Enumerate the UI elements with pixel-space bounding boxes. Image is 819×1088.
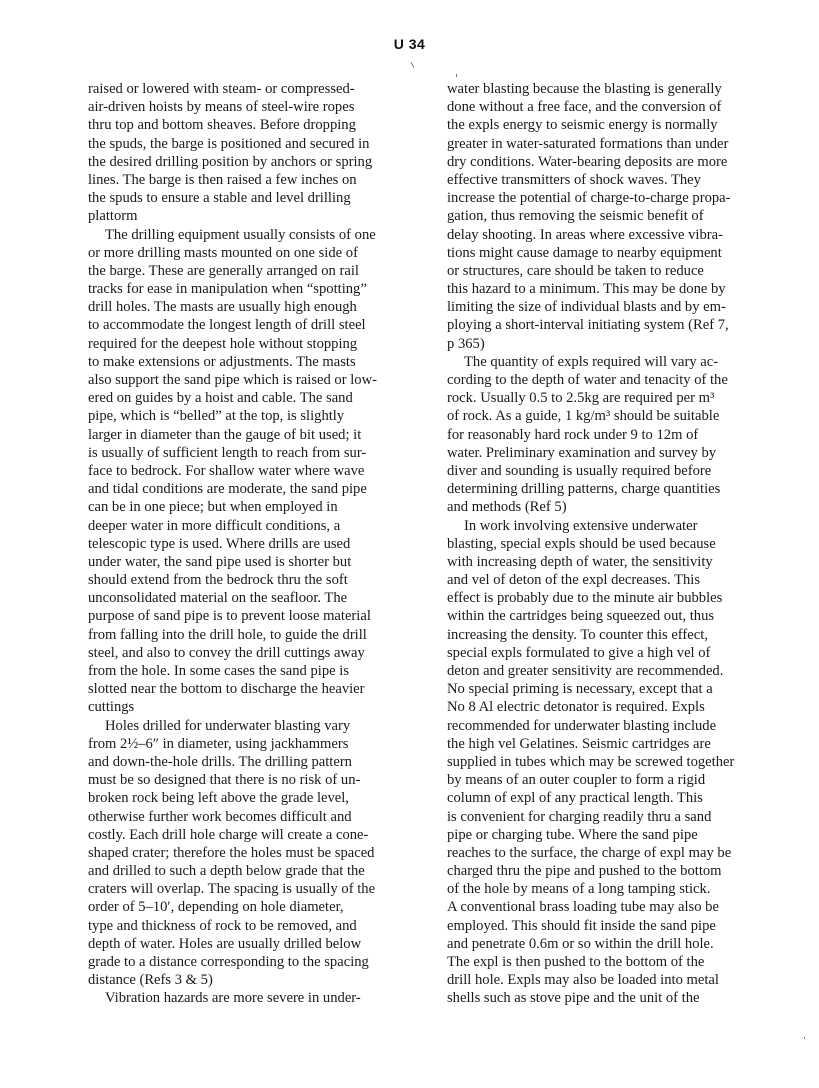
paragraph-first-line: The drilling equipment usually consists … xyxy=(88,226,398,244)
text-line: also support the sand pipe which is rais… xyxy=(88,371,398,389)
text-line: dry conditions. Water-bearing deposits a… xyxy=(447,153,769,171)
text-line: and methods (Ref 5) xyxy=(447,498,769,516)
scan-artifact xyxy=(456,74,457,77)
text-line: water blasting because the blasting is g… xyxy=(447,80,769,98)
text-line: employed. This should fit inside the san… xyxy=(447,917,769,935)
text-column-left: raised or lowered with steam- or compres… xyxy=(88,80,398,1008)
text-line: to accommodate the longest length of dri… xyxy=(88,316,398,334)
text-line: plattorm xyxy=(88,207,398,225)
text-line: craters will overlap. The spacing is usu… xyxy=(88,880,398,898)
text-line: type and thickness of rock to be removed… xyxy=(88,917,398,935)
text-line: costly. Each drill hole charge will crea… xyxy=(88,826,398,844)
paragraph-first-line: Holes drilled for underwater blasting va… xyxy=(88,717,398,735)
text-line: unconsolidated material on the seafloor.… xyxy=(88,589,398,607)
text-line: this hazard to a minimum. This may be do… xyxy=(447,280,769,298)
text-line: distance (Refs 3 & 5) xyxy=(88,971,398,989)
text-line: by means of an outer coupler to form a r… xyxy=(447,771,769,789)
text-line: from 2½–6″ in diameter, using jackhammer… xyxy=(88,735,398,753)
text-line: order of 5–10′, depending on hole diamet… xyxy=(88,898,398,916)
text-line: tracks for ease in manipulation when “sp… xyxy=(88,280,398,298)
text-line: and tidal conditions are moderate, the s… xyxy=(88,480,398,498)
text-line: is usually of sufficient length to reach… xyxy=(88,444,398,462)
text-line: The expl is then pushed to the bottom of… xyxy=(447,953,769,971)
text-line: under water, the sand pipe used is short… xyxy=(88,553,398,571)
text-line: the spuds, the barge is positioned and s… xyxy=(88,135,398,153)
text-line: otherwise further work becomes difficult… xyxy=(88,808,398,826)
text-line: the expls energy to seismic energy is no… xyxy=(447,116,769,134)
text-line: A conventional brass loading tube may al… xyxy=(447,898,769,916)
text-line: or more drilling masts mounted on one si… xyxy=(88,244,398,262)
text-line: and vel of deton of the expl decreases. … xyxy=(447,571,769,589)
text-line: ploying a short-interval initiating syst… xyxy=(447,316,769,334)
text-line: the spuds to ensure a stable and level d… xyxy=(88,189,398,207)
text-line: thru top and bottom sheaves. Before drop… xyxy=(88,116,398,134)
text-line: broken rock being left above the grade l… xyxy=(88,789,398,807)
scan-artifact xyxy=(804,1037,805,1039)
text-line: reaches to the surface, the charge of ex… xyxy=(447,844,769,862)
text-line: drill holes. The masts are usually high … xyxy=(88,298,398,316)
text-line: deeper water in more difficult condition… xyxy=(88,517,398,535)
text-line: depth of water. Holes are usually drille… xyxy=(88,935,398,953)
text-line: increasing the density. To counter this … xyxy=(447,626,769,644)
text-line: No special priming is necessary, except … xyxy=(447,680,769,698)
paragraph-first-line: The quantity of expls required will vary… xyxy=(447,353,769,371)
text-line: raised or lowered with steam- or compres… xyxy=(88,80,398,98)
text-line: and penetrate 0.6m or so within the dril… xyxy=(447,935,769,953)
text-line: diver and sounding is usually required b… xyxy=(447,462,769,480)
text-line: No 8 Al electric detonator is required. … xyxy=(447,698,769,716)
text-line: can be in one piece; but when employed i… xyxy=(88,498,398,516)
text-line: is convenient for charging readily thru … xyxy=(447,808,769,826)
text-line: must be so designed that there is no ris… xyxy=(88,771,398,789)
text-line: shaped crater; therefore the holes must … xyxy=(88,844,398,862)
page-number-header: U 34 xyxy=(0,36,819,52)
text-line: face to bedrock. For shallow water where… xyxy=(88,462,398,480)
text-line: with increasing depth of water, the sens… xyxy=(447,553,769,571)
text-line: cuttings xyxy=(88,698,398,716)
scan-artifact xyxy=(411,62,415,68)
text-line: of rock. As a guide, 1 kg/m³ should be s… xyxy=(447,407,769,425)
text-line: or structures, care should be taken to r… xyxy=(447,262,769,280)
paragraph-first-line: In work involving extensive underwater xyxy=(447,517,769,535)
text-line: to make extensions or adjustments. The m… xyxy=(88,353,398,371)
text-line: telescopic type is used. Where drills ar… xyxy=(88,535,398,553)
text-line: the high vel Gelatines. Seismic cartridg… xyxy=(447,735,769,753)
text-line: increase the potential of charge-to-char… xyxy=(447,189,769,207)
text-line: blasting, special expls should be used b… xyxy=(447,535,769,553)
text-line: pipe or charging tube. Where the sand pi… xyxy=(447,826,769,844)
text-line: pipe, which is “belled” at the top, is s… xyxy=(88,407,398,425)
text-line: effect is probably due to the minute air… xyxy=(447,589,769,607)
text-line: and drilled to such a depth below grade … xyxy=(88,862,398,880)
text-line: air-driven hoists by means of steel-wire… xyxy=(88,98,398,116)
text-line: ered on guides by a hoist and cable. The… xyxy=(88,389,398,407)
text-line: of the hole by means of a long tamping s… xyxy=(447,880,769,898)
text-line: shells such as stove pipe and the unit o… xyxy=(447,989,769,1007)
text-column-right: water blasting because the blasting is g… xyxy=(447,80,769,1008)
text-line: steel, and also to convey the drill cutt… xyxy=(88,644,398,662)
text-line: and down-the-hole drills. The drilling p… xyxy=(88,753,398,771)
text-line: delay shooting. In areas where excessive… xyxy=(447,226,769,244)
text-line: within the cartridges being squeezed out… xyxy=(447,607,769,625)
text-line: determining drilling patterns, charge qu… xyxy=(447,480,769,498)
text-line: slotted near the bottom to discharge the… xyxy=(88,680,398,698)
text-line: recommended for underwater blasting incl… xyxy=(447,717,769,735)
paragraph-first-line: Vibration hazards are more severe in und… xyxy=(88,989,398,1007)
text-line: should extend from the bedrock thru the … xyxy=(88,571,398,589)
text-line: water. Preliminary examination and surve… xyxy=(447,444,769,462)
text-line: gation, thus removing the seismic benefi… xyxy=(447,207,769,225)
text-line: for reasonably hard rock under 9 to 12m … xyxy=(447,426,769,444)
text-line: cording to the depth of water and tenaci… xyxy=(447,371,769,389)
text-line: required for the deepest hole without st… xyxy=(88,335,398,353)
text-line: from falling into the drill hole, to gui… xyxy=(88,626,398,644)
text-line: deton and greater sensitivity are recomm… xyxy=(447,662,769,680)
text-line: rock. Usually 0.5 to 2.5kg are required … xyxy=(447,389,769,407)
text-line: greater in water-saturated formations th… xyxy=(447,135,769,153)
text-line: the barge. These are generally arranged … xyxy=(88,262,398,280)
text-line: column of expl of any practical length. … xyxy=(447,789,769,807)
text-line: tions might cause damage to nearby equip… xyxy=(447,244,769,262)
text-line: p 365) xyxy=(447,335,769,353)
text-line: the desired drilling position by anchors… xyxy=(88,153,398,171)
text-line: supplied in tubes which may be screwed t… xyxy=(447,753,769,771)
text-line: lines. The barge is then raised a few in… xyxy=(88,171,398,189)
text-line: special expls formulated to give a high … xyxy=(447,644,769,662)
text-line: purpose of sand pipe is to prevent loose… xyxy=(88,607,398,625)
text-line: done without a free face, and the conver… xyxy=(447,98,769,116)
text-line: limiting the size of individual blasts a… xyxy=(447,298,769,316)
text-line: charged thru the pipe and pushed to the … xyxy=(447,862,769,880)
text-line: drill hole. Expls may also be loaded int… xyxy=(447,971,769,989)
text-line: grade to a distance corresponding to the… xyxy=(88,953,398,971)
text-line: larger in diameter than the gauge of bit… xyxy=(88,426,398,444)
text-line: from the hole. In some cases the sand pi… xyxy=(88,662,398,680)
text-line: effective transmitters of shock waves. T… xyxy=(447,171,769,189)
